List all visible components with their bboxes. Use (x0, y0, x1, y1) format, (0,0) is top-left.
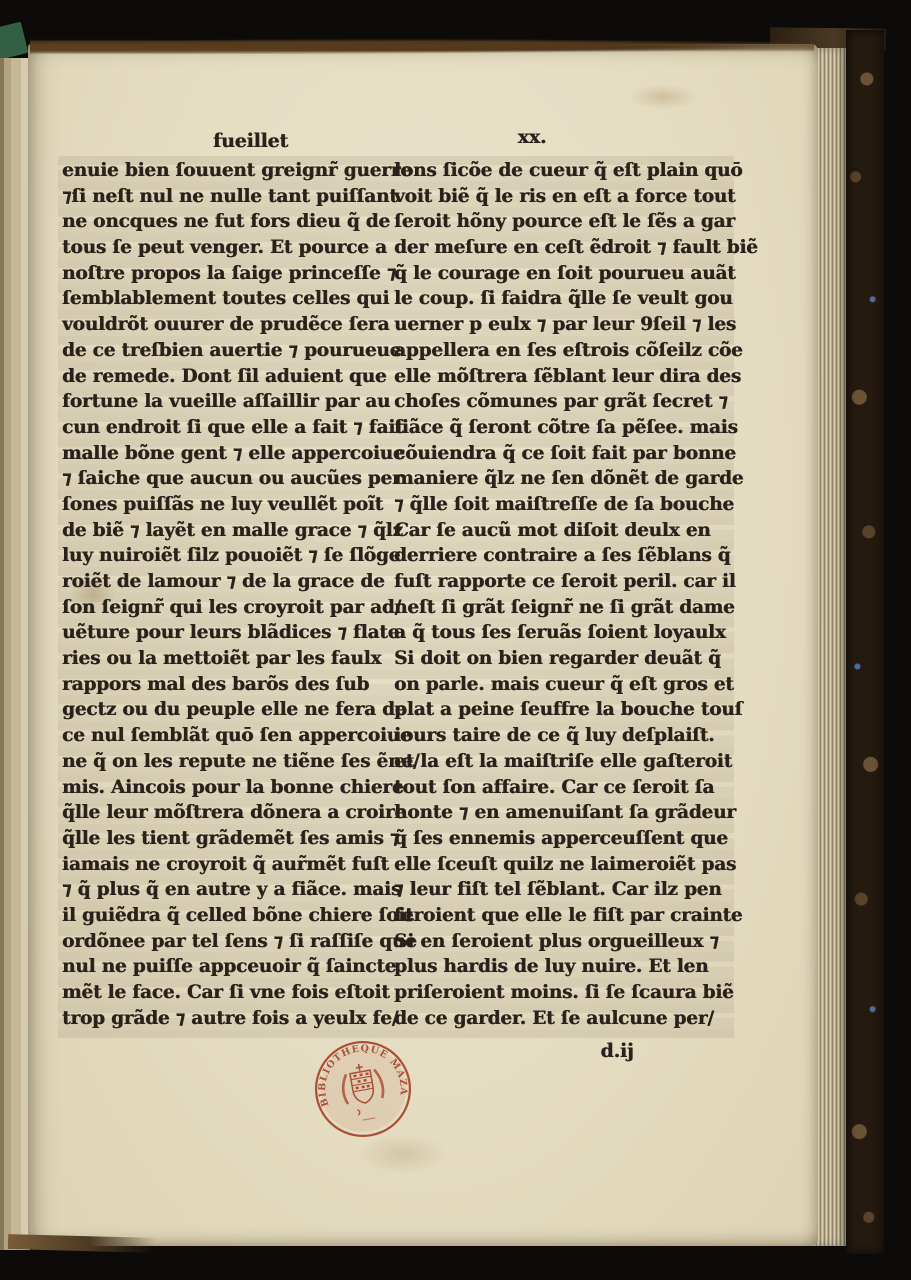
text-line: vouldrõt ouurer de prudẽce ſera (62, 312, 398, 338)
text-line: ſones puiſſãs ne luy veullẽt poĩt (62, 492, 398, 518)
text-line: appellera en ſes eſtrois cõſeilz cõe (394, 338, 732, 364)
text-column-left: enuie bien ſouuent greignr̃ guerre⁊ſi ne… (62, 158, 398, 1031)
text-line: noſtre propos la ſaige princeſſe ⁊ (62, 261, 398, 287)
book-page: fueillet xx. enuie bien ſouuent greignr̃… (28, 44, 818, 1246)
text-line: fortune la vueille aſſaillir par au (62, 389, 398, 415)
text-line: iamais ne croyroit q̃ aur̃mẽt fuſt (62, 852, 398, 878)
photo-background: fueillet xx. enuie bien ſouuent greignr̃… (0, 0, 911, 1280)
text-column-right: lons ſicõe de cueur q̃ eſt plain quōvoit… (394, 158, 732, 1031)
text-line: q̃lle les tient grãdemẽt ſes amis ⁊ (62, 826, 398, 852)
marbled-cover-edge (846, 30, 884, 1254)
text-line: ⁊ſi neſt nul ne nulle tant puiſſant (62, 184, 398, 210)
text-line: ⁊ leur fiſt tel ſẽblant. Car ilz pen (394, 877, 732, 903)
text-line: il guiẽdra q̃ celled bõne chiere ſoit (62, 903, 398, 929)
text-line: le coup. ſi faidra q̃lle ſe veult gou (394, 286, 732, 312)
text-line: elle ſceuſt quilz ne laimeroiẽt pas (394, 852, 732, 878)
text-line: ries ou la mettoiẽt par les faulx (62, 646, 398, 672)
text-line: et la eſt la maiſtriſe elle gaſteroit (394, 749, 732, 775)
text-line: gectz ou du peuple elle ne fera de (62, 697, 398, 723)
text-line: malle bõne gent ⁊ elle appercoiue (62, 441, 398, 467)
text-line: ⁊ ſaiche que aucun ou aucũes per (62, 466, 398, 492)
page-bottom-edge (8, 1234, 156, 1253)
folio-number: xx. (496, 126, 568, 148)
text-line: de biẽ ⁊ layẽt en malle grace ⁊ q̃lz (62, 518, 398, 544)
text-line: a q̃ tous ſes ſeruãs ſoient loyaulx (394, 620, 732, 646)
text-line: ne q̃ on les repute ne tiẽne ſes ẽne/ (62, 749, 398, 775)
signature-mark: d.ij (585, 1040, 649, 1062)
text-line: rappors mal des barõs des ſub (62, 672, 398, 698)
text-line: ſon ſeignr̃ qui les croyroit par ad/ (62, 595, 398, 621)
left-page-edge (0, 58, 30, 1250)
paper-stain (628, 84, 698, 110)
text-line: ſemblablement toutes celles qui (62, 286, 398, 312)
text-line: nul ne puiſſe appceuoir q̃ ſaincte (62, 954, 398, 980)
text-line: mẽt le face. Car ſi vne fois eſtoit (62, 980, 398, 1006)
text-line: tous ſe peut venger. Et pource a (62, 235, 398, 261)
text-line: fuſt rapporte ce ſeroit peril. car il (394, 569, 732, 595)
text-line: plus hardis de luy nuire. Et len (394, 954, 732, 980)
text-line: plat a peine ſeuffre la bouche touſ (394, 697, 732, 723)
text-line: maniere q̃lz ne ſen dõnẽt de garde (394, 466, 732, 492)
text-line: mis. Aincois pour la bonne chiere (62, 775, 398, 801)
text-line: roiẽt de lamour ⁊ de la grace de (62, 569, 398, 595)
text-line: Si en ſeroient plus orgueilleux ⁊ (394, 929, 732, 955)
text-line: elle mõſtrera ſẽblant leur dira des (394, 364, 732, 390)
text-line: tout ſon affaire. Car ce ſeroit ſa (394, 775, 732, 801)
text-line: luy nuiroiẽt ſilz pouoiẽt ⁊ ſe ſlõge (62, 543, 398, 569)
text-line: der meſure en ceſt ẽdroit ⁊ fault biẽ (394, 235, 732, 261)
text-line: ⁊ q̃lle ſoit maiſtreſſe de ſa bouche (394, 492, 732, 518)
text-line: uerner p eulx ⁊ par leur 9ſeil ⁊ les (394, 312, 732, 338)
text-line: on parle. mais cueur q̃ eſt gros et (394, 672, 732, 698)
text-line: enuie bien ſouuent greignr̃ guerre (62, 158, 398, 184)
text-line: ne oncques ne fut fors dieu q̃ de (62, 209, 398, 235)
text-line: voit biẽ q̃ le ris en eſt a force tout (394, 184, 732, 210)
text-line: cõuiendra q̃ ce ſoit fait par bonne (394, 441, 732, 467)
text-line: iours taire de ce q̃ luy deſplaiſt. (394, 723, 732, 749)
text-line: ⁊ q̃ plus q̃ en autre y a fiãce. mais (62, 877, 398, 903)
page-top-edge-stains (30, 38, 814, 54)
text-line: de ce treſbien auertie ⁊ pourueue (62, 338, 398, 364)
paper-stain (358, 1134, 448, 1174)
text-line: q̃ ſes ennemis apperceuſſent que (394, 826, 732, 852)
text-line: de ce garder. Et ſe aulcune per/ (394, 1006, 732, 1032)
text-line: honte ⁊ en amenuiſant ſa grãdeur (394, 800, 732, 826)
text-line: ſeroit hõny pource eſt le ſẽs a gar (394, 209, 732, 235)
text-line: trop grãde ⁊ autre fois a yeulx fe/ (62, 1006, 398, 1032)
text-line: uẽture pour leurs blãdices ⁊ flate (62, 620, 398, 646)
library-stamp: BIBLIOTHEQUE MAZARINE (312, 1038, 414, 1140)
text-line: ce nul ſemblãt quō ſen appercoiue (62, 723, 398, 749)
text-line: neſt ſi grãt ſeignr̃ ne ſi grãt dame (394, 595, 732, 621)
text-line: lons ſicõe de cueur q̃ eſt plain quō (394, 158, 732, 184)
text-line: derriere contraire a ſes ſẽblans q̃ (394, 543, 732, 569)
text-line: q̃ le courage en ſoit pourueu auãt (394, 261, 732, 287)
text-line: Car ſe aucũ mot diſoit deulx en (394, 518, 732, 544)
text-line: q̃lle leur mõſtrera dõnera a croire (62, 800, 398, 826)
green-bookmark (0, 22, 28, 61)
text-line: cun endroit ſi que elle a fait ⁊ fait (62, 415, 398, 441)
running-title: fueillet (178, 130, 323, 152)
text-line: Si doit on bien regarder deuãt q̃ (394, 646, 732, 672)
text-line: de remede. Dont ſil aduient que (62, 364, 398, 390)
text-line: fiãce q̃ ſeront cõtre ſa pẽſee. mais (394, 415, 732, 441)
text-line: ordõnee par tel ſens ⁊ ſi raſſiſe que (62, 929, 398, 955)
text-line: priſeroient moins. ſi ſe ſcaura biẽ (394, 980, 732, 1006)
text-line: ſeroient que elle le fiſt par crainte (394, 903, 732, 929)
text-line: choſes cõmunes par grãt ſecret ⁊ (394, 389, 732, 415)
